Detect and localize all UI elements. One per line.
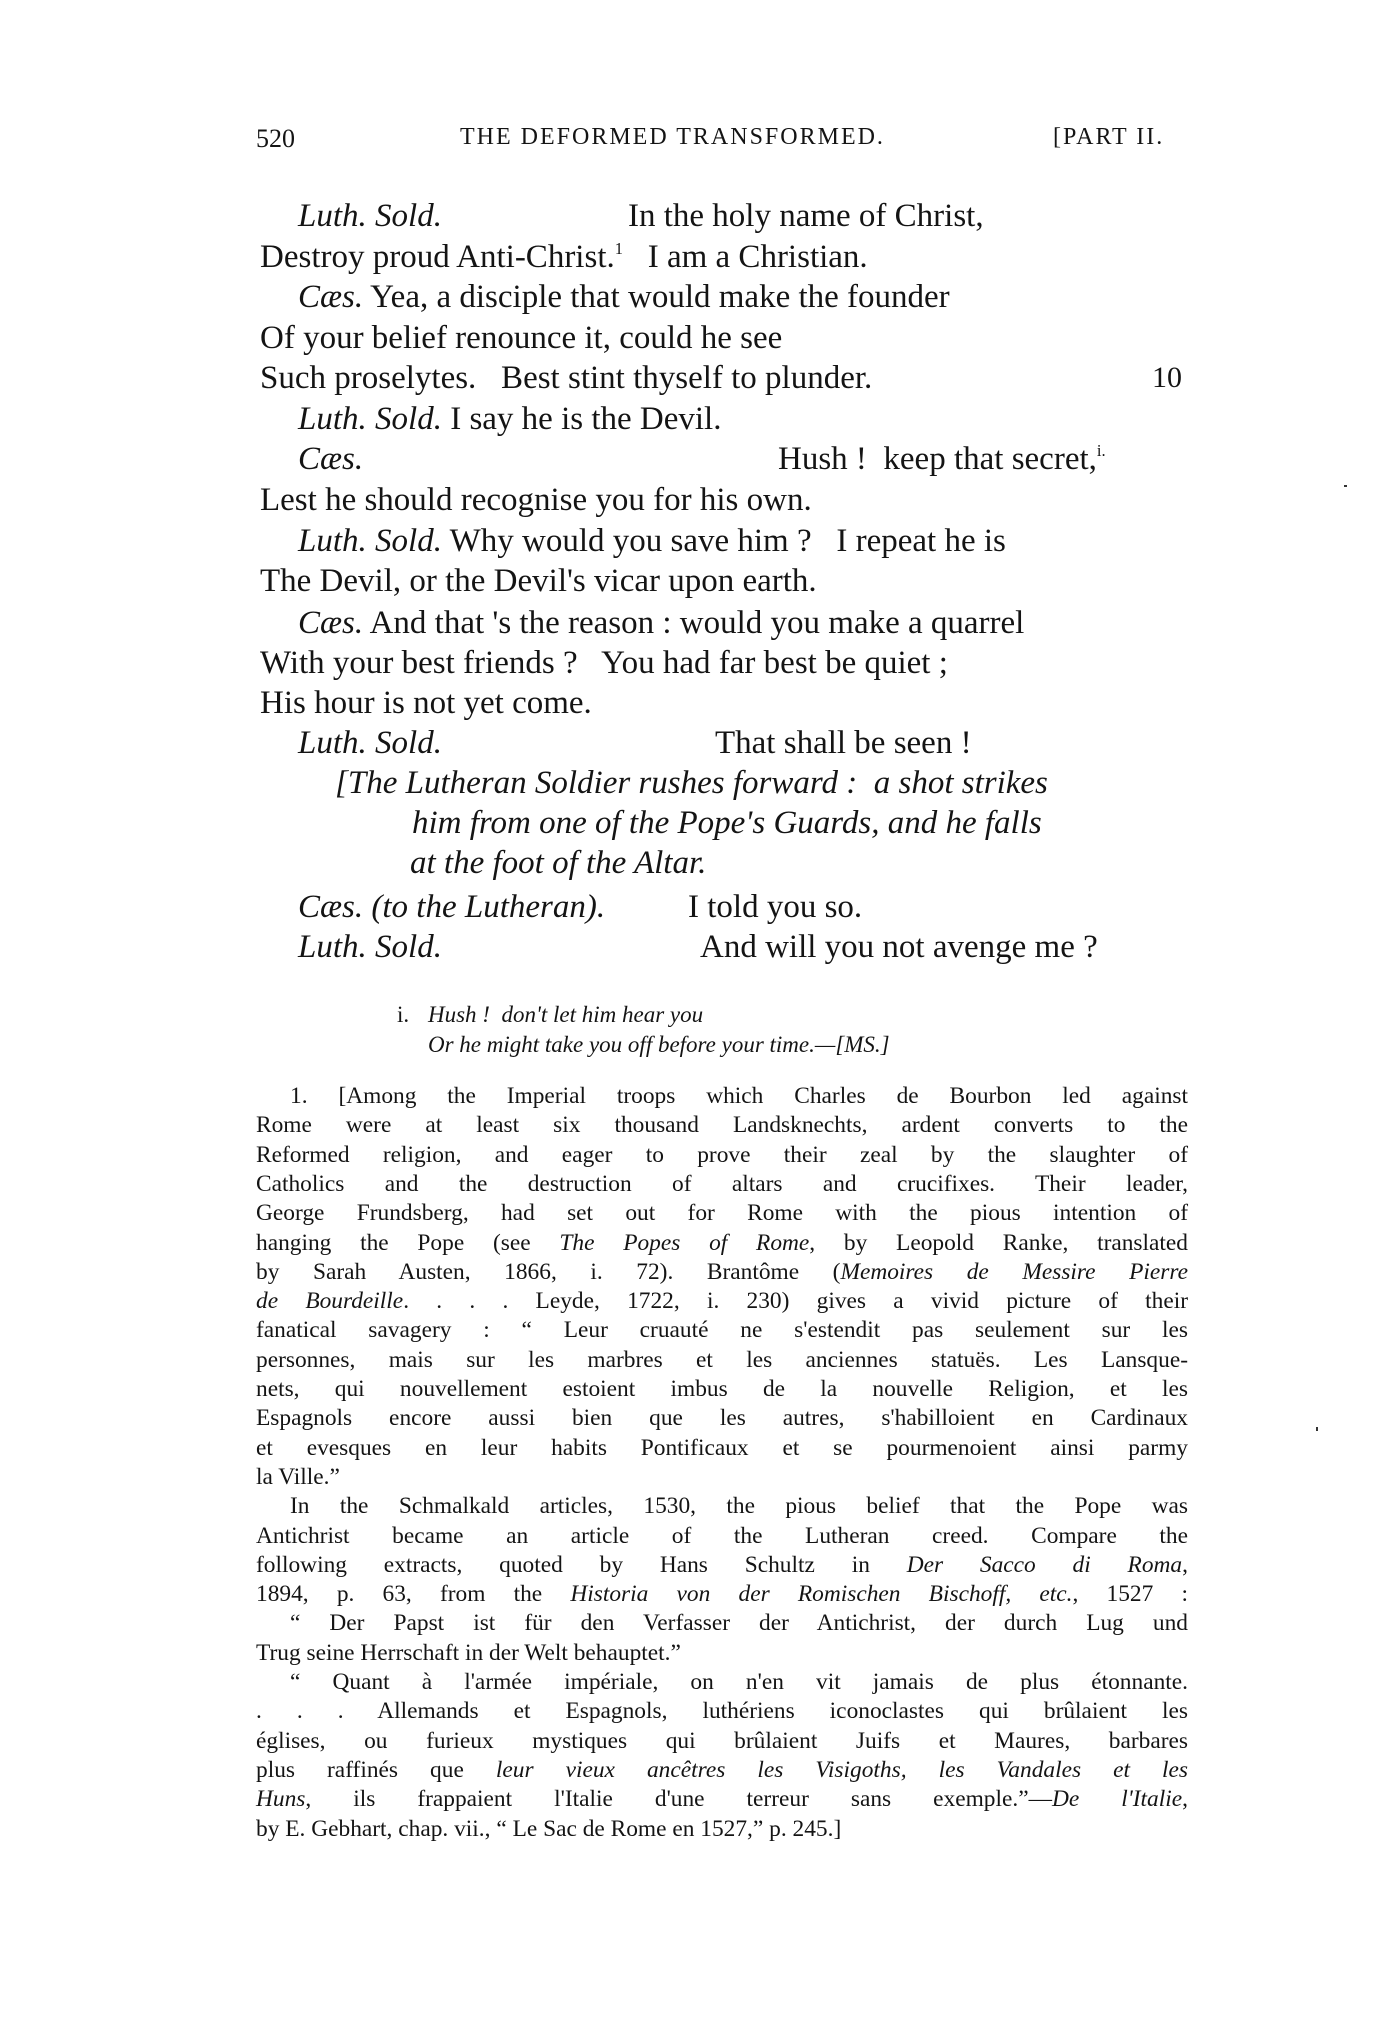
stage-direction-line: at the foot of the Altar.	[410, 843, 706, 883]
stage-direction-line: [The Lutheran Soldier rushes forward : a…	[335, 763, 1048, 803]
verse-line: Luth. Sold. Why would you save him ? I r…	[298, 521, 1006, 561]
verse-line: Luth. Sold. I say he is the Devil.	[298, 399, 721, 439]
footnote-line: Trug seine Herrschaft in der Welt behaup…	[256, 1639, 1188, 1668]
footnote-line: by Sarah Austen, 1866, i. 72). Brantôme …	[256, 1258, 1188, 1287]
footnote-line: “ Der Papst ist für den Verfasser der An…	[290, 1609, 1188, 1638]
footnote-line: 1894, p. 63, from the Historia von der R…	[256, 1580, 1188, 1609]
footnote-line: George Frundsberg, had set out for Rome …	[256, 1199, 1188, 1228]
speaker: Luth. Sold.	[298, 401, 442, 437]
footnote-line: de Bourdeille. . . . Leyde, 1722, i. 230…	[256, 1287, 1188, 1316]
line-number: 10	[1152, 358, 1182, 398]
verse-line: Cæs.	[298, 439, 363, 479]
verse-line-text: Hush ! keep that secret,i.	[778, 439, 1106, 479]
footnote-line: Huns, ils frappaient l'Italie d'une terr…	[256, 1785, 1188, 1814]
speaker: Luth. Sold.	[298, 523, 442, 559]
verse-line-text: I told you so.	[688, 887, 862, 927]
footnote-line: Catholics and the destruction of altars …	[256, 1170, 1188, 1199]
scan-speck	[1344, 485, 1347, 487]
footnote-line: following extracts, quoted by Hans Schul…	[256, 1551, 1188, 1580]
verse-line-text: That shall be seen !	[715, 723, 972, 763]
verse-line: With your best friends ? You had far bes…	[260, 643, 948, 683]
speaker: Cæs.	[298, 889, 363, 925]
footnote-line: personnes, mais sur les marbres et les a…	[256, 1346, 1188, 1375]
stage-direction-line: him from one of the Pope's Guards, and h…	[412, 803, 1042, 843]
footnote-line: Antichrist became an article of the Luth…	[256, 1522, 1188, 1551]
verse-line: The Devil, or the Devil's vicar upon ear…	[260, 561, 817, 601]
footnote-line: et evesques en leur habits Pontificaux e…	[256, 1434, 1188, 1463]
speaker: Luth. Sold.	[298, 725, 442, 761]
verse-line: Luth. Sold.	[298, 196, 442, 236]
footnote-ref-1[interactable]: 1	[615, 239, 623, 258]
speaker: Luth. Sold.	[298, 929, 442, 965]
footnote-line: by E. Gebhart, chap. vii., “ Le Sac de R…	[256, 1815, 1188, 1844]
footnote-line: Rome were at least six thousand Landskne…	[256, 1111, 1188, 1140]
verse-line: Lest he should recognise you for his own…	[260, 480, 812, 520]
verse-line: Such proselytes. Best stint thyself to p…	[260, 358, 872, 398]
verse-line: Cæs. Yea, a disciple that would make the…	[298, 277, 950, 317]
variant-note-marker: i.	[397, 1000, 409, 1030]
variant-note-line: Or he might take you off before your tim…	[428, 1030, 890, 1060]
footnote-line: 1. [Among the Imperial troops which Char…	[290, 1082, 1188, 1111]
verse-line: Destroy proud Anti-Christ.1 I am a Chris…	[260, 237, 868, 277]
book-page: 520 THE DEFORMED TRANSFORMED. [PART II. …	[0, 0, 1378, 2038]
page-number: 520	[256, 124, 295, 154]
footnote-line: Reformed religion, and eager to prove th…	[256, 1141, 1188, 1170]
aside: (to the Lutheran).	[371, 889, 605, 925]
verse-line: Of your belief renounce it, could he see	[260, 318, 782, 358]
footnote-line: fanatical savagery : “ Leur cruauté ne s…	[256, 1316, 1188, 1345]
variant-ref-i[interactable]: i.	[1097, 441, 1106, 460]
part-label: [PART II.	[1053, 124, 1164, 151]
scan-speck	[1316, 1427, 1318, 1431]
verse-line: Luth. Sold.	[298, 723, 442, 763]
speaker: Cæs.	[298, 441, 363, 477]
verse-line: His hour is not yet come.	[260, 683, 592, 723]
verse-line-text: And will you not avenge me ?	[700, 927, 1098, 967]
speaker: Cæs.	[298, 279, 363, 315]
running-title: THE DEFORMED TRANSFORMED.	[460, 124, 885, 151]
footnote-line: nets, qui nouvellement estoient imbus de…	[256, 1375, 1188, 1404]
footnote-line: la Ville.”	[256, 1463, 1188, 1492]
footnote-line: . . . Allemands et Espagnols, luthériens…	[256, 1697, 1188, 1726]
footnote-line: hanging the Pope (see The Popes of Rome,…	[256, 1229, 1188, 1258]
footnote-line: “ Quant à l'armée impériale, on n'en vit…	[290, 1668, 1188, 1697]
verse-line-text: In the holy name of Christ,	[628, 196, 984, 236]
verse-line: Cæs. And that 's the reason : would you …	[298, 603, 1024, 643]
footnote-line: Espagnols encore aussi bien que les autr…	[256, 1404, 1188, 1433]
footnote-line: églises, ou furieux mystiques qui brûlai…	[256, 1727, 1188, 1756]
speaker: Cæs.	[298, 605, 363, 641]
speaker: Luth. Sold.	[298, 198, 442, 234]
footnote-line: plus raffinés que leur vieux ancêtres le…	[256, 1756, 1188, 1785]
verse-line: Luth. Sold.	[298, 927, 442, 967]
variant-note-line: Hush ! don't let him hear you	[428, 1000, 703, 1030]
footnote-marker: 1.	[290, 1083, 338, 1109]
footnote-line: In the Schmalkald articles, 1530, the pi…	[290, 1492, 1188, 1521]
verse-line: Cæs. (to the Lutheran).	[298, 887, 605, 927]
